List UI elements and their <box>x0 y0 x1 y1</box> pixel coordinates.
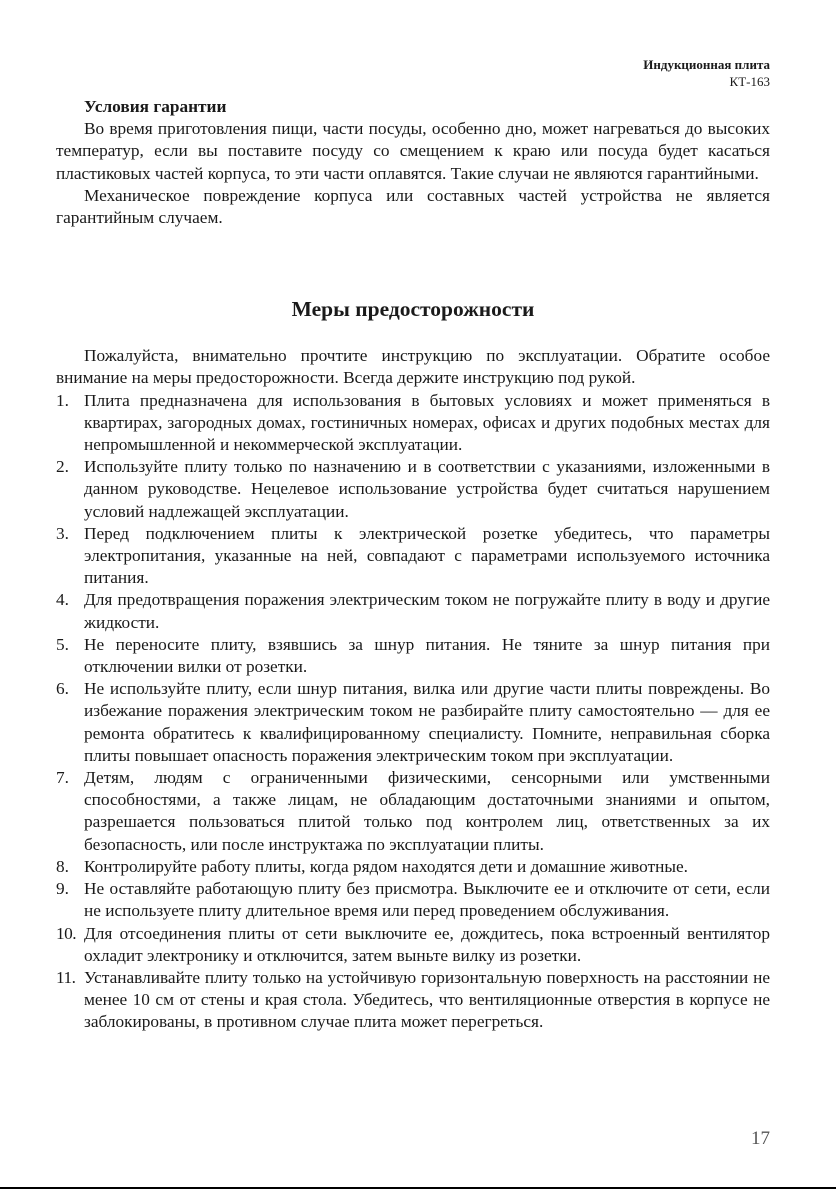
item-number: 1. <box>56 390 69 412</box>
item-number: 11. <box>56 967 75 989</box>
list-item: 8. Контролируйте работу плиты, когда ряд… <box>56 856 770 878</box>
item-number: 7. <box>56 767 69 789</box>
list-item: 6. Не используйте плиту, если шнур питан… <box>56 678 770 767</box>
item-text: Не используйте плиту, если шнур питания,… <box>84 679 770 765</box>
warranty-section: Условия гарантии Во время приготовления … <box>56 96 770 229</box>
list-item: 2. Используйте плиту только по назначени… <box>56 456 770 523</box>
list-item: 9. Не оставляйте работающую плиту без пр… <box>56 878 770 922</box>
item-number: 3. <box>56 523 69 545</box>
warranty-paragraph: Во время приготовления пищи, части посуд… <box>56 118 770 185</box>
item-text: Используйте плиту только по назначению и… <box>84 457 770 520</box>
list-item: 4. Для предотвращения поражения электрич… <box>56 589 770 633</box>
list-item: 11. Устанавливайте плиту только на устой… <box>56 967 770 1034</box>
page-number: 17 <box>751 1128 770 1150</box>
item-number: 10. <box>56 923 76 945</box>
manual-page: Индукционная плита КТ-163 Условия гарант… <box>0 0 836 1189</box>
item-number: 6. <box>56 678 69 700</box>
item-text: Не оставляйте работающую плиту без присм… <box>84 879 770 920</box>
list-item: 3. Перед подключением плиты к электричес… <box>56 523 770 590</box>
list-item: 7. Детям, людям с ограниченными физическ… <box>56 767 770 856</box>
precautions-list: 1. Плита предназначена для использования… <box>56 390 770 1034</box>
item-number: 9. <box>56 878 69 900</box>
precautions-title: Меры предосторожности <box>56 296 770 322</box>
item-text: Устанавливайте плиту только на устойчиву… <box>84 968 770 1031</box>
product-name: Индукционная плита <box>643 56 770 73</box>
page-content: Условия гарантии Во время приготовления … <box>56 96 770 1034</box>
item-text: Контролируйте работу плиты, когда рядом … <box>84 857 688 876</box>
item-text: Плита предназначена для использования в … <box>84 391 770 454</box>
list-item: 10. Для отсоединения плиты от сети выклю… <box>56 923 770 967</box>
item-number: 4. <box>56 589 69 611</box>
item-text: Перед подключением плиты к электрической… <box>84 524 770 587</box>
item-text: Детям, людям с ограниченными физическими… <box>84 768 770 854</box>
item-text: Для отсоединения плиты от сети выключите… <box>84 924 770 965</box>
running-header: Индукционная плита КТ-163 <box>643 56 770 90</box>
item-text: Для предотвращения поражения электрическ… <box>84 590 770 631</box>
warranty-title: Условия гарантии <box>56 96 770 118</box>
list-item: 1. Плита предназначена для использования… <box>56 390 770 457</box>
item-number: 5. <box>56 634 69 656</box>
item-text: Не переносите плиту, взявшись за шнур пи… <box>84 635 770 676</box>
warranty-paragraph: Механическое повреждение корпуса или сос… <box>56 185 770 229</box>
list-item: 5. Не переносите плиту, взявшись за шнур… <box>56 634 770 678</box>
item-number: 8. <box>56 856 69 878</box>
precautions-intro: Пожалуйста, внимательно прочтите инструк… <box>56 345 770 389</box>
precautions-section: Меры предосторожности Пожалуйста, внимат… <box>56 296 770 1033</box>
item-number: 2. <box>56 456 69 478</box>
model-number: КТ-163 <box>643 73 770 90</box>
